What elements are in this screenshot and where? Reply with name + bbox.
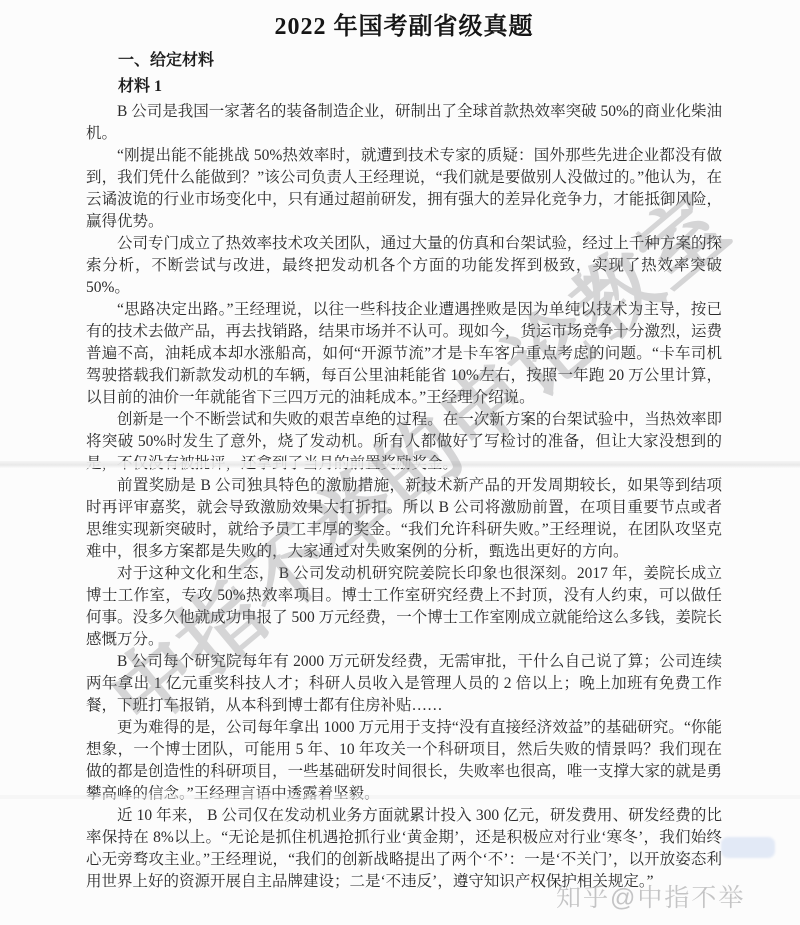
paragraph: “刚提出能不能挑战 50%热效率时，就遭到技术专家的质疑：国外那些先进企业都没有… <box>86 145 722 233</box>
paragraph: 前置奖励是 B 公司独具特色的激励措施，新技术新产品的开发周期较长，如果等到结项… <box>86 475 722 563</box>
page-title: 2022 年国考副省级真题 <box>86 6 722 41</box>
paragraph: 对于这种文化和生态， B 公司发动机研究院姜院长印象也很深刻。2017 年，姜院… <box>86 563 722 651</box>
document-page: 2022 年国考副省级真题 一、给定材料 材料 1 B 公司是我国一家著名的装备… <box>0 0 800 925</box>
paragraph: B 公司每个研究院每年有 2000 万元研发经费，无需审批，干什么自己说了算；公… <box>86 651 722 717</box>
paragraph: 创新是一个不断尝试和失败的艰苦卓绝的过程。在一次新方案的台架试验中，当热效率即将… <box>86 409 722 475</box>
paragraph: “思路决定出路。”王经理说，以往一些科技企业遭遇挫败是因为单纯以技术为主导，按已… <box>86 299 722 409</box>
material-heading: 材料 1 <box>118 75 722 99</box>
paragraph: 近 10 年来， B 公司仅在发动机业务方面就累计投入 300 亿元，研发费用、… <box>86 805 722 893</box>
material-body: B 公司是我国一家著名的装备制造企业，研制出了全球首款热效率突破 50%的商业化… <box>86 101 722 893</box>
section-heading: 一、给定材料 <box>118 49 722 73</box>
document-content: 2022 年国考副省级真题 一、给定材料 材料 1 B 公司是我国一家著名的装备… <box>0 0 800 893</box>
paragraph: 公司专门成立了热效率技术攻关团队，通过大量的仿真和台架试验，经过上千种方案的探索… <box>86 233 722 299</box>
paragraph: B 公司是我国一家著名的装备制造企业，研制出了全球首款热效率突破 50%的商业化… <box>86 101 722 145</box>
paragraph: 更为难得的是，公司每年拿出 1000 万元用于支持“没有直接经济效益”的基础研究… <box>86 717 722 805</box>
